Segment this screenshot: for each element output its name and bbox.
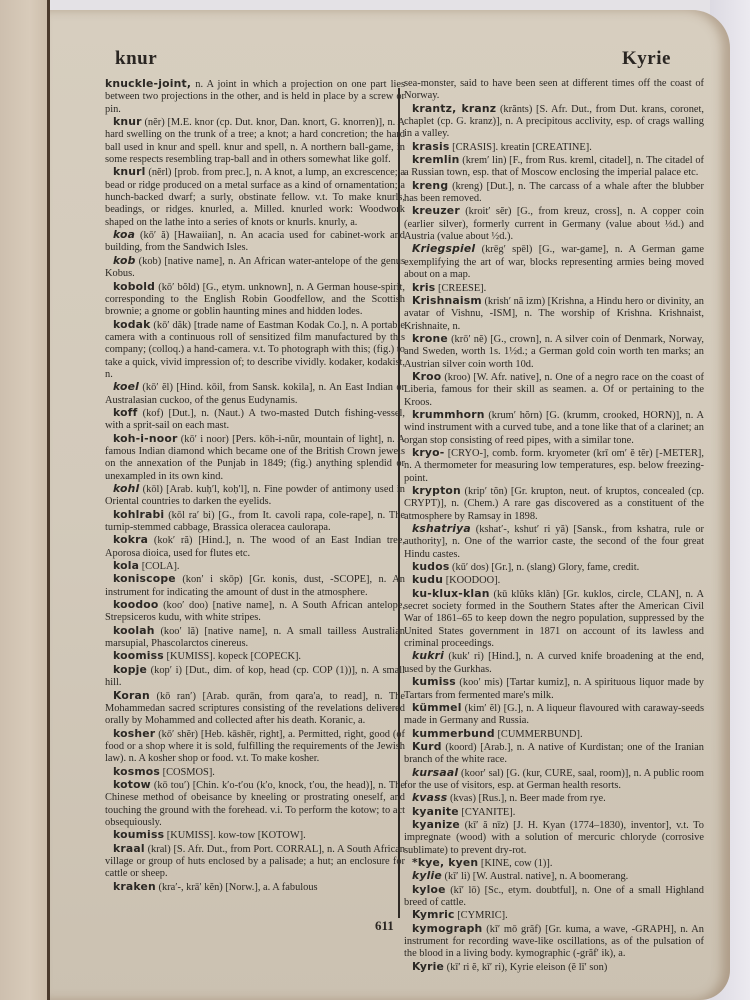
dictionary-entry: kryo- [CRYO-], comb. form. kryometer (kr… (404, 447, 704, 485)
headword: koff (113, 406, 138, 419)
entry-definition: (koord) [Arab.], n. A native of Kurdista… (404, 742, 704, 765)
dictionary-entry: krypton (krip′ tŏn) [Gr. krupton, neut. … (404, 485, 704, 523)
dictionary-entry: kopje (kop′ i) [Dut., dim. of kop, head … (105, 664, 405, 690)
dictionary-entry: kremlin (krem′ lin) [F., from Rus. kreml… (404, 154, 704, 180)
entry-definition: (kī′ ri ĕ, kī′ ri), Kyrie eleison (ĕ lī′… (444, 962, 607, 973)
previous-page-edge (0, 0, 50, 1000)
headword: kopje (113, 663, 147, 676)
headword: kraal (113, 842, 145, 855)
dictionary-entry: Kroo (kroo) [W. Afr. native], n. One of … (404, 371, 704, 409)
entry-definition: (kral) [S. Afr. Dut., from Port. CORRAL]… (105, 844, 405, 880)
dictionary-entry: kursaal (koor′ sal) [G. (kur, CURE, saal… (404, 767, 704, 793)
dictionary-entry: knurl (nĕrl) [prob. from prec.], n. A kn… (105, 166, 405, 229)
dictionary-entry: Koran (kō ran′) [Arab. qurān, from qara′… (105, 690, 405, 728)
entry-definition: (kuk′ ri) [Hind.], n. A curved knife bro… (404, 651, 704, 674)
entry-definition: (kō′ ĕl) [Hind. kōil, from Sansk. kokila… (105, 382, 405, 405)
headword: kris (412, 281, 435, 294)
headword: koolah (113, 624, 155, 637)
headword: kodak (113, 318, 151, 331)
headword: Kyrie (412, 960, 444, 973)
right-column: sea-monster, said to have been seen at d… (404, 78, 704, 974)
dictionary-entry: kreng (kreng) [Dut.], n. The carcass of … (404, 180, 704, 206)
headword: koodoo (113, 598, 159, 611)
headword: koa (113, 228, 135, 241)
headword: kotow (113, 778, 151, 791)
entry-definition: (kī′ li) [W. Austral. native], n. A boom… (442, 871, 628, 882)
entry-definition: (kō′ dăk) [trade name of Eastman Kodak C… (105, 320, 405, 380)
dictionary-entry: kummerbund [CUMMERBUND]. (404, 728, 704, 741)
headword: kremlin (412, 153, 460, 166)
headword: kshatriya (412, 522, 471, 535)
running-head-left: knur (115, 48, 157, 70)
dictionary-entry: kreuzer (kroit′ sĕr) [G., from kreuz, cr… (404, 205, 704, 243)
entry-definition: [CRASIS]. kreatin [CREATINE]. (450, 142, 592, 153)
dictionary-entry: koolah (koo′ lă) [native name], n. A sma… (105, 625, 405, 651)
dictionary-entry: kshatriya (kshat′-, kshut′ ri yă) [Sansk… (404, 523, 704, 561)
dictionary-entry: kylie (kī′ li) [W. Austral. native], n. … (404, 870, 704, 883)
dictionary-entry: Kurd (koord) [Arab.], n. A native of Kur… (404, 741, 704, 767)
dictionary-entry: kudos (kū′ dos) [Gr.], n. (slang) Glory,… (404, 561, 704, 574)
headword: krummhorn (412, 408, 485, 421)
entry-definition: [COSMOS]. (160, 767, 215, 778)
headword: kraken (113, 880, 156, 893)
running-head-right: Kyrie (622, 48, 671, 70)
headword: kylie (412, 869, 442, 882)
entry-definition: (kroo) [W. Afr. native], n. One of a neg… (404, 372, 704, 408)
entry-definition: (kū′ dos) [Gr.], n. (slang) Glory, fame,… (449, 562, 639, 573)
entry-definition: (kof) [Dut.], n. (Naut.) A two-masted Du… (105, 408, 405, 431)
dictionary-entry: knur (nĕr) [M.E. knor (cp. Dut. knor, Da… (105, 116, 405, 166)
entry-definition: (kop′ i) [Dut., dim. of kop, head (cp. C… (105, 665, 405, 688)
headword: Kroo (412, 370, 441, 383)
entry-definition: [KUMISS]. kow-tow [KOTOW]. (164, 830, 306, 841)
dictionary-entry: knuckle-joint, n. A joint in which a pro… (105, 78, 405, 116)
dictionary-entry: Kyrie (kī′ ri ĕ, kī′ ri), Kyrie eleison … (404, 961, 704, 974)
headword: kreng (412, 179, 448, 192)
entry-definition: (kō ran′) [Arab. qurān, from qara′a, to … (105, 691, 405, 727)
headword: kummerbund (412, 727, 495, 740)
dictionary-entry: koodoo (koo′ doo) [native name], n. A So… (105, 599, 405, 625)
dictionary-entry: kris [CREESE]. (404, 282, 704, 295)
entry-definition: (kōl) [Arab. kuḥ′l, koḥ′l], n. Fine powd… (105, 484, 405, 507)
headword: krantz, kranz (412, 102, 496, 115)
dictionary-entry: Kriegspiel (krēg′ spēl) [G., war-game], … (404, 243, 704, 281)
headword: Koran (113, 689, 150, 702)
dictionary-entry: koa (kō′ ă) [Hawaiian], n. An acacia use… (105, 229, 405, 255)
dictionary-entry: kyanize (kī′ ă nīz) [J. H. Kyan (1774–18… (404, 819, 704, 857)
headword: koh-i-noor (113, 432, 178, 445)
dictionary-entry: kyanite [CYANITE]. (404, 806, 704, 819)
entry-definition: [KOODOO]. (443, 575, 500, 586)
dictionary-entry: kümmel (kim′ ĕl) [G.], n. A liqueur flav… (404, 702, 704, 728)
headword: kyloe (412, 883, 446, 896)
dictionary-entry: kyloe (kī′ lō) [Sc., etym. doubtful], n.… (404, 884, 704, 910)
headword: koniscope (113, 572, 176, 585)
headword: kvass (412, 791, 447, 804)
page-number: 611 (375, 918, 394, 934)
entry-definition: [CUMMERBUND]. (495, 729, 583, 740)
dictionary-entry: kotow (kō tou′) [Chin. k′o-t′ou (k′o, kn… (105, 779, 405, 829)
headword: kobold (113, 280, 155, 293)
headword: koumiss (113, 828, 164, 841)
headword: kola (113, 559, 139, 572)
dictionary-entry: krantz, kranz (krănts) [S. Afr. Dut., fr… (404, 103, 704, 141)
dictionary-entry: Kymric [CYMRIC]. (404, 909, 704, 922)
headword: krone (412, 332, 448, 345)
column-divider (398, 88, 400, 918)
headword: kumiss (412, 675, 456, 688)
headword: Kurd (412, 740, 442, 753)
entry-definition: (kō′ ă) [Hawaiian], n. An acacia used fo… (105, 230, 405, 253)
dictionary-entry: krasis [CRASIS]. kreatin [CREATINE]. (404, 141, 704, 154)
headword: krypton (412, 484, 461, 497)
dictionary-entry: kraken (kra′-, krā′ kĕn) [Norw.], a. A f… (105, 881, 405, 894)
dictionary-entry: krummhorn (krum′ hŏrn) [G. (krumm, crook… (404, 409, 704, 447)
headword: knurl (113, 165, 146, 178)
dictionary-entry: koumiss [KUMISS]. kow-tow [KOTOW]. (105, 829, 405, 842)
entry-definition: (nĕrl) [prob. from prec.], n. A knot, a … (105, 167, 405, 227)
entry-definition: (kreng) [Dut.], n. The carcass of a whal… (404, 181, 704, 204)
dictionary-entry: koomiss [KUMISS]. kopeck [COPECK]. (105, 650, 405, 663)
headword: kohlrabi (113, 508, 164, 521)
entry-definition: (kī′ lō) [Sc., etym. doubtful], n. One o… (404, 885, 704, 908)
dictionary-entry: koniscope (kon′ i skōp) [Gr. konis, dust… (105, 573, 405, 599)
dictionary-entry: Krishnaism (krish′ nă izm) [Krishna, a H… (404, 295, 704, 333)
headword: krasis (412, 140, 450, 153)
headword: Kymric (412, 908, 455, 921)
dictionary-entry: kob (kob) [native name], n. An African w… (105, 255, 405, 281)
dictionary-entry: *kye, kyen [KINE, cow (1)]. (404, 857, 704, 870)
dictionary-entry: kosher (kō′ shĕr) [Heb. kāshēr, right], … (105, 728, 405, 766)
headword: kudos (412, 560, 449, 573)
entry-definition: (kob) [native name], n. An African water… (105, 256, 405, 279)
headword: kreuzer (412, 204, 460, 217)
entry-definition: [CRYO-], comb. form. kryometer (krī om′ … (404, 448, 704, 484)
headword: kümmel (412, 701, 462, 714)
entry-definition: [CYMRIC]. (455, 910, 508, 921)
entry-definition: (krō′ nĕ) [G., crown], n. A silver coin … (404, 334, 704, 370)
headword: kyanize (412, 818, 460, 831)
headword: kryo- (412, 446, 444, 459)
headword: kukri (412, 649, 444, 662)
entry-definition: (kra′-, krā′ kĕn) [Norw.], a. A fabulous (156, 882, 318, 893)
dictionary-entry: kvass (kvas) [Rus.], n. Beer made from r… (404, 792, 704, 805)
headword: kob (113, 254, 136, 267)
headword: koel (113, 380, 139, 393)
headword: kyanite (412, 805, 459, 818)
dictionary-entry: koh-i-noor (kō′ i noor) [Pers. kōh-i-nūr… (105, 433, 405, 483)
headword: ku-klux-klan (412, 587, 490, 600)
dictionary-entry: ku-klux-klan (kū klŭks klăn) [Gr. kuklos… (404, 588, 704, 651)
dictionary-entry: kobold (kō′ bŏld) [G., etym. unknown], n… (105, 281, 405, 319)
dictionary-entry: kudu [KOODOO]. (404, 574, 704, 587)
dictionary-entry: kumiss (koo′ mis) [Tartar kumiz], n. A s… (404, 676, 704, 702)
entry-definition: [KUMISS]. kopeck [COPECK]. (164, 651, 301, 662)
entry-definition: (kō tou′) [Chin. k′o-t′ou (k′o, knock, t… (105, 780, 405, 828)
dictionary-entry: kukri (kuk′ ri) [Hind.], n. A curved kni… (404, 650, 704, 676)
entry-definition: (nĕr) [M.E. knor (cp. Dut. knor, Dan. kn… (105, 117, 405, 165)
dictionary-entry: kohl (kōl) [Arab. kuḥ′l, koḥ′l], n. Fine… (105, 483, 405, 509)
headword: knur (113, 115, 142, 128)
headword: knuckle-joint, (105, 77, 191, 90)
headword: kosher (113, 727, 155, 740)
dictionary-entry: kosmos [COSMOS]. (105, 766, 405, 779)
headword: kokra (113, 533, 148, 546)
entry-definition: [CYANITE]. (459, 807, 516, 818)
entry-definition: [CREESE]. (435, 283, 486, 294)
headword: Kriegspiel (412, 242, 475, 255)
dictionary-entry: koff (kof) [Dut.], n. (Naut.) A two-mast… (105, 407, 405, 433)
left-column: knuckle-joint, n. A joint in which a pro… (105, 78, 405, 894)
dictionary-entry: kodak (kō′ dăk) [trade name of Eastman K… (105, 319, 405, 382)
entry-definition: [KINE, cow (1)]. (478, 858, 552, 869)
headword: koomiss (113, 649, 164, 662)
dictionary-entry: krone (krō′ nĕ) [G., crown], n. A silver… (404, 333, 704, 371)
dictionary-entry: kymograph (kī′ mō grăf) [Gr. kuma, a wav… (404, 923, 704, 961)
headword: kymograph (412, 922, 482, 935)
dictionary-entry: kohlrabi (kōl ra′ bi) [G., from It. cavo… (105, 509, 405, 535)
entry-definition: sea-monster, said to have been seen at d… (404, 78, 704, 101)
headword: Krishnaism (412, 294, 482, 307)
dictionary-entry: kraal (kral) [S. Afr. Dut., from Port. C… (105, 843, 405, 881)
dictionary-entry: kola [COLA]. (105, 560, 405, 573)
entry-definition: (kvas) [Rus.], n. Beer made from rye. (447, 793, 605, 804)
entry-definition: (kok′ ră) [Hind.], n. The wood of an Eas… (105, 535, 405, 558)
headword: kohl (113, 482, 139, 495)
headword: kursaal (412, 766, 458, 779)
dictionary-entry: koel (kō′ ĕl) [Hind. kōil, from Sansk. k… (105, 381, 405, 407)
dictionary-entry: sea-monster, said to have been seen at d… (404, 78, 704, 103)
dictionary-entry: kokra (kok′ ră) [Hind.], n. The wood of … (105, 534, 405, 560)
headword: kudu (412, 573, 443, 586)
entry-definition: [COLA]. (139, 561, 179, 572)
headword: kosmos (113, 765, 160, 778)
headword: *kye, kyen (412, 856, 478, 869)
